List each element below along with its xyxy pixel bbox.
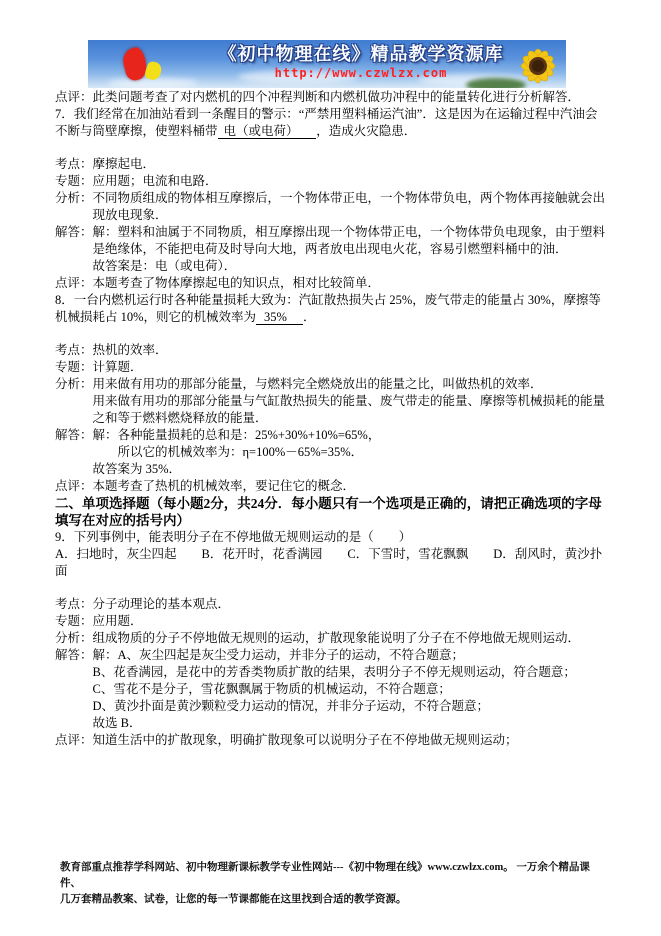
zhuanti-label: 专题： <box>55 613 93 630</box>
jieda-text: 解：各种能量损耗的总和是：25%+30%+10%=65%， 所以它的机械效率为：… <box>93 427 608 478</box>
site-title: 《初中物理在线》精品教学资源库 <box>206 44 516 64</box>
q8-dianping-row: 点评： 本题考查了热机的机械效率，要记住它的概念． <box>55 478 608 495</box>
kaodian-label: 考点： <box>55 156 93 173</box>
kaodian-text: 摩擦起电． <box>93 156 608 173</box>
q8-zhuanti-row: 专题： 计算题． <box>55 359 608 376</box>
question-7-stem: 7．我们经常在加油站看到一条醒目的警示：“严禁用塑料桶运汽油”．这是因为在运输过… <box>55 106 608 140</box>
fenxi-text: 不同物质组成的物体相互摩擦后，一个物体带正电，一个物体带负电，两个物体再接触就会… <box>93 190 608 224</box>
q8-fenxi-row: 分析： 用来做有用功的那部分能量，与燃料完全燃烧放出的能量之比，叫做热机的效率．… <box>55 376 608 427</box>
q9-kaodian-row: 考点： 分子动理论的基本观点． <box>55 596 608 613</box>
q7-answer-blank: 电（或电荷） <box>218 124 317 139</box>
q9-dianping-row: 点评： 知道生活中的扩散现象，明确扩散现象可以说明分子在不停地做无规则运动； <box>55 732 608 749</box>
q8-stem-post: ． <box>303 310 316 324</box>
dianping-text: 本题考查了热机的机械效率，要记住它的概念． <box>93 478 608 495</box>
q8-kaodian-row: 考点： 热机的效率． <box>55 342 608 359</box>
jieda-text: 解：A、灰尘四起是灰尘受力运动，并非分子的运动，不符合题意； B、花香满园，是花… <box>93 647 608 732</box>
q8-answer-blank: 35% <box>256 310 303 325</box>
review-label: 点评： <box>55 89 93 106</box>
q7-kaodian-row: 考点： 摩擦起电． <box>55 156 608 173</box>
zhuanti-text: 应用题；电流和电路． <box>93 173 608 190</box>
zhuanti-label: 专题： <box>55 173 93 190</box>
fenxi-label: 分析： <box>55 376 93 427</box>
prev-question-review-row: 点评： 此类问题考查了对内燃机的四个冲程判断和内燃机做功冲程中的能量转化进行分析… <box>55 89 608 106</box>
site-url: http://www.czwlzx.com <box>206 66 516 80</box>
q9-fenxi-row: 分析： 组成物质的分子不停地做无规则的运动，扩散现象能说明了分子在不停地做无规则… <box>55 630 608 647</box>
zhuanti-label: 专题： <box>55 359 93 376</box>
jieda-label: 解答： <box>55 647 93 732</box>
document-body: 点评： 此类问题考查了对内燃机的四个冲程判断和内燃机做功冲程中的能量转化进行分析… <box>55 89 608 749</box>
dianping-text: 本题考查了物体摩擦起电的知识点，相对比较简单． <box>93 275 608 292</box>
section-2-heading: 二、单项选择题（每小题2分，共24分．每小题只有一个选项是正确的，请把正确选项的… <box>55 495 608 529</box>
jieda-label: 解答： <box>55 427 93 478</box>
kaodian-text: 分子动理论的基本观点． <box>93 596 608 613</box>
jieda-label: 解答： <box>55 224 93 275</box>
fenxi-text: 用来做有用功的那部分能量，与燃料完全燃烧放出的能量之比，叫做热机的效率． 用来做… <box>93 376 608 427</box>
fenxi-text: 组成物质的分子不停地做无规则的运动，扩散现象能说明了分子在不停地做无规则运动． <box>93 630 608 647</box>
site-banner: 《初中物理在线》精品教学资源库 http://www.czwlzx.com <box>88 40 566 88</box>
dianping-label: 点评： <box>55 732 93 749</box>
dianping-label: 点评： <box>55 478 93 495</box>
q8-stem-pre: 8．一台内燃机运行时各种能量损耗大致为：汽缸散热损失占 25%，废气带走的能量占… <box>55 293 601 324</box>
page-footer: 教育部重点推荐学科网站、初中物理新课标教学专业性网站---《初中物理在线》www… <box>60 860 608 908</box>
q7-blank-text: 电（或电荷） <box>224 124 293 138</box>
jieda-text: 解：塑料和油属于不同物质，相互摩擦出现一个物体带正电，一个物体带负电现象，由于塑… <box>93 224 608 275</box>
q8-blank-text: 35% <box>264 310 287 324</box>
fenxi-label: 分析： <box>55 630 93 647</box>
q8-jieda-row: 解答： 解：各种能量损耗的总和是：25%+30%+10%=65%， 所以它的机械… <box>55 427 608 478</box>
q7-stem-post: ，造成火灾隐患． <box>316 124 416 138</box>
review-text: 此类问题考查了对内燃机的四个冲程判断和内燃机做功冲程中的能量转化进行分析解答． <box>93 89 608 106</box>
question-9-options: A．扫地时，灰尘四起 B．花开时，花香满园 C．下雪时，雪花飘飘 D．刮风时，黄… <box>55 546 608 580</box>
kaodian-label: 考点： <box>55 596 93 613</box>
dianping-text: 知道生活中的扩散现象，明确扩散现象可以说明分子在不停地做无规则运动； <box>93 732 608 749</box>
q7-fenxi-row: 分析： 不同物质组成的物体相互摩擦后，一个物体带正电，一个物体带负电，两个物体再… <box>55 190 608 224</box>
q9-zhuanti-row: 专题： 应用题． <box>55 613 608 630</box>
dianping-label: 点评： <box>55 275 93 292</box>
fenxi-label: 分析： <box>55 190 93 224</box>
question-9-stem: 9．下列事例中，能表明分子在不停地做无规则运动的是（ ） <box>55 529 608 546</box>
sunflower-icon <box>514 45 562 87</box>
question-8-stem: 8．一台内燃机运行时各种能量损耗大致为：汽缸散热损失占 25%，废气带走的能量占… <box>55 292 608 326</box>
kaodian-text: 热机的效率． <box>93 342 608 359</box>
q9-jieda-row: 解答： 解：A、灰尘四起是灰尘受力运动，并非分子的运动，不符合题意； B、花香满… <box>55 647 608 732</box>
q7-dianping-row: 点评： 本题考查了物体摩擦起电的知识点，相对比较简单． <box>55 275 608 292</box>
q7-jieda-row: 解答： 解：塑料和油属于不同物质，相互摩擦出现一个物体带正电，一个物体带负电现象… <box>55 224 608 275</box>
kaodian-label: 考点： <box>55 342 93 359</box>
q7-zhuanti-row: 专题： 应用题；电流和电路． <box>55 173 608 190</box>
zhuanti-text: 应用题． <box>93 613 608 630</box>
zhuanti-text: 计算题． <box>93 359 608 376</box>
